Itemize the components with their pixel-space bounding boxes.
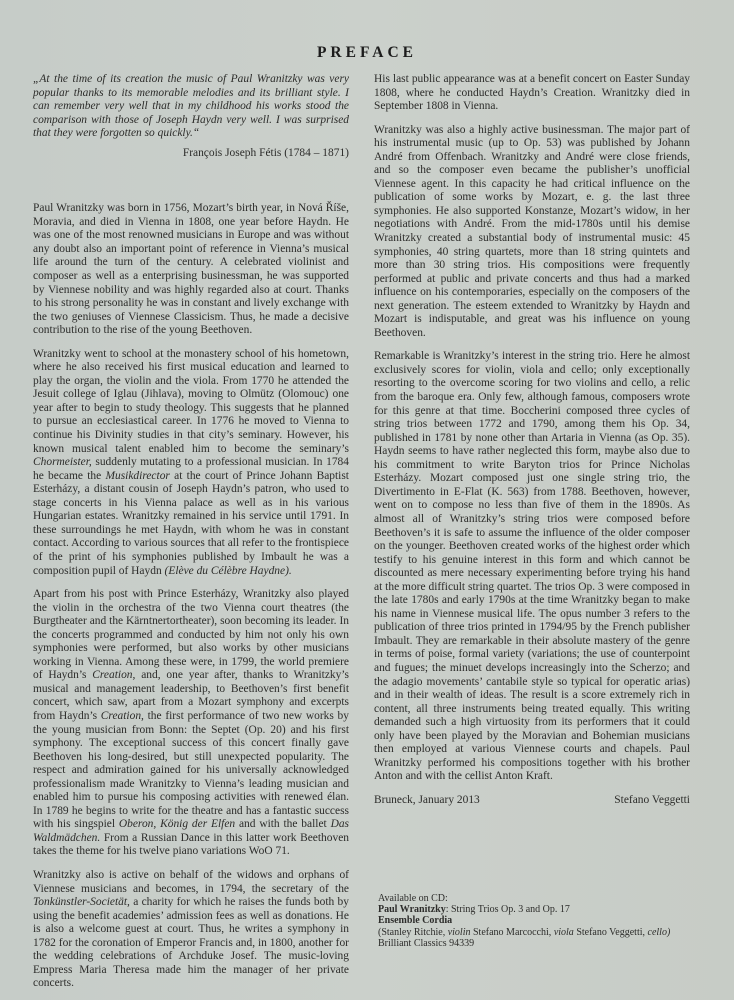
paragraph-last-appearance: His last public appearance was at a bene… (374, 73, 690, 114)
emphasis-oberon: Oberon, König der Elfen (119, 818, 235, 830)
signoff: Bruneck, January 2013 Stefano Veggetti (374, 794, 690, 808)
cd-ensemble: Ensemble Cordia (378, 915, 698, 926)
text-run: Wranitzky also is active on behalf of th… (33, 869, 349, 895)
cd-title: Paul Wranitzky: String Trios Op. 3 and O… (378, 904, 698, 915)
text-run: Apart from his post with Prince Esterház… (33, 588, 349, 681)
emphasis-musikdirector: Musikdirector (105, 470, 169, 482)
paragraph-string-trio: Remarkable is Wranitzky’s interest in th… (374, 350, 690, 784)
paragraph-career: Apart from his post with Prince Esterház… (33, 588, 349, 859)
emphasis-creation: Creation, (92, 669, 135, 681)
paragraph-education: Wranitzky went to school at the monaster… (33, 348, 349, 578)
text-run: (Stanley Ritchie, (378, 927, 448, 938)
quote-attribution: François Joseph Fétis (1784 – 1871) (33, 147, 349, 161)
cd-catalog: Brilliant Classics 94339 (378, 938, 698, 949)
ensemble-name: Ensemble Cordia (378, 915, 452, 926)
cd-work: : String Trios Op. 3 and Op. 17 (446, 904, 570, 915)
text-run: Stefano Marcocchi, (471, 927, 554, 938)
left-column: „At the time of its creation the music o… (33, 73, 349, 1000)
instrument-violin: violin (448, 927, 471, 938)
cd-composer: Paul Wranitzky (378, 904, 446, 915)
text-run: and with the ballet (235, 818, 330, 830)
emphasis-creation: Creation, (101, 710, 144, 722)
instrument-cello: cello) (648, 927, 671, 938)
text-run: Stefano Veggetti, (574, 927, 648, 938)
cd-label: Available on CD: (378, 893, 698, 904)
paragraph-business: Wranitzky was also a highly active busin… (374, 124, 690, 341)
author-name: Stefano Veggetti (614, 794, 690, 808)
emphasis-eleve: (Elève du Célèbre Haydne). (165, 565, 292, 577)
paragraph-birth: Paul Wranitzky was born in 1756, Mozart’… (33, 202, 349, 337)
place-date: Bruneck, January 2013 (374, 794, 480, 808)
cd-performers: (Stanley Ritchie, violin Stefano Marcocc… (378, 927, 698, 938)
emphasis-tonkuenstler: Tonkünstler-Societät, (33, 896, 130, 908)
right-column: His last public appearance was at a bene… (374, 73, 690, 807)
text-run: Wranitzky went to school at the monaster… (33, 348, 349, 455)
epigraph-quote: „At the time of its creation the music o… (33, 73, 349, 141)
page-title: PREFACE (0, 44, 734, 62)
text-run: the first performance of two new works b… (33, 710, 349, 830)
text-run: a charity for which he raises the funds … (33, 896, 349, 989)
cd-info: Available on CD: Paul Wranitzky: String … (378, 893, 698, 949)
paragraph-charity: Wranitzky also is active on behalf of th… (33, 869, 349, 991)
text-run: at the court of Prince Johann Baptist Es… (33, 470, 349, 577)
instrument-viola: viola (554, 927, 574, 938)
emphasis-chormeister: Chormeister, (33, 456, 92, 468)
